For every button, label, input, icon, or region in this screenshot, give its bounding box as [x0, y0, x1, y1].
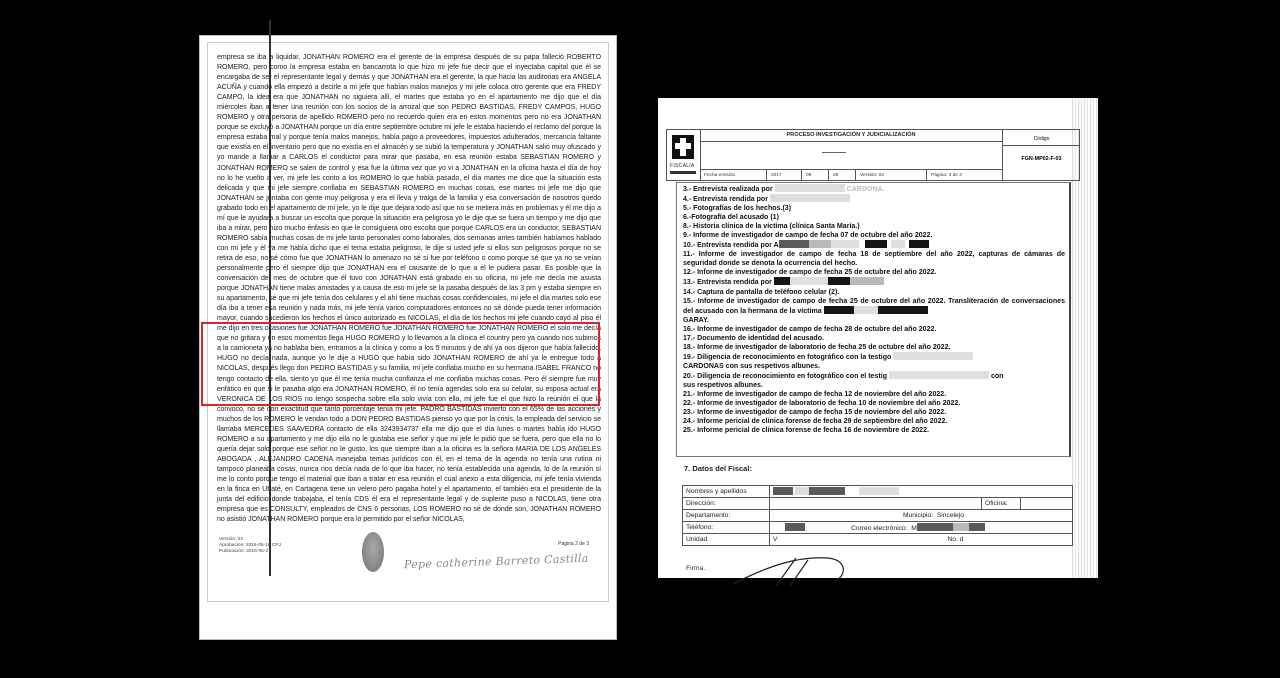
- code-value: FGN-MP02-F-03: [1003, 146, 1080, 172]
- signature-label: Firma.: [686, 565, 705, 572]
- list-item: 14.- Captura de pantalla de teléfono cel…: [683, 288, 1065, 297]
- redaction-block: [917, 523, 953, 531]
- fiscal-data-table: Nombres y apellidos Dirección: Oficina: …: [682, 485, 1073, 546]
- testimony-text: empresa se iba a liquidar, JONATHAN ROME…: [217, 53, 601, 525]
- address-label: Dirección:: [683, 498, 770, 510]
- list-item: 8.- Historia clínica de la víctima (clín…: [683, 222, 1065, 231]
- municipality-cell: Municipio: Sincelejo: [770, 510, 1073, 522]
- redaction-block: [865, 240, 887, 248]
- testimony-paragraph: empresa se iba a liquidar, JONATHAN ROME…: [217, 53, 601, 525]
- logo-bar: [670, 171, 696, 174]
- municipality-value: Sincelejo: [937, 512, 964, 519]
- fiscal-signature: [728, 546, 878, 586]
- publication-text: Publicación: 2016-05-27: [219, 549, 281, 555]
- list-item: 15.- Informe de investigador de campo de…: [683, 297, 1065, 325]
- list-item: 24.- Informe pericial de clínica forense…: [683, 417, 1065, 426]
- scan-fold-line: [269, 20, 271, 576]
- form-header: FISCALIA PROCESO INVESTIGACIÓN Y JUDICIA…: [666, 129, 1080, 181]
- redaction-block: [953, 523, 969, 531]
- redaction-block: [889, 371, 989, 379]
- issue-date-label: Fecha emisión: [700, 170, 767, 181]
- redaction-block: [891, 240, 905, 248]
- logo-label: FISCALIA: [670, 163, 695, 169]
- list-item: 4.- Entrevista rendida por: [683, 194, 1065, 204]
- page-number: Página 2 de 3: [558, 541, 589, 547]
- code-label: Código: [1003, 130, 1080, 146]
- divider: [822, 152, 846, 153]
- corner-mark: · ·: [595, 45, 601, 51]
- department-label: Departamento:: [683, 510, 770, 522]
- redaction-block: [785, 523, 805, 531]
- redaction-block: [809, 487, 845, 495]
- list-item: 3.- Entrevista realizada por CARDONA.: [683, 184, 1065, 194]
- phone-email-cell: Correo electrónico: M: [770, 522, 1073, 534]
- redaction-block: [773, 487, 793, 495]
- fiscalia-logo: FISCALIA: [667, 130, 701, 180]
- list-item: 20.- Diligencia de reconocimiento en fot…: [683, 371, 1065, 390]
- redaction-block: [850, 277, 884, 285]
- names-label: Nombres y apellidos: [683, 486, 770, 498]
- version-label: Versión: 02: [856, 170, 927, 181]
- redaction-block: [795, 487, 809, 495]
- phone-label: Teléfono:: [683, 522, 770, 534]
- evidence-list-page: FISCALIA PROCESO INVESTIGACIÓN Y JUDICIA…: [658, 98, 1098, 578]
- names-value: [770, 486, 1073, 498]
- list-item: 6.-Fotografía del acusado (1): [683, 213, 1065, 222]
- document-version-info: Versión: 02 Aprobación: 2016-05-16 CPJ P…: [219, 537, 281, 555]
- list-item: 25.- Informe pericial de clínica forense…: [683, 426, 1065, 435]
- redaction-block: [859, 487, 899, 495]
- list-item: 22.- Informe de investigador de laborato…: [683, 399, 1065, 408]
- number-label: No. d: [947, 536, 963, 543]
- redaction-block: [969, 523, 985, 531]
- list-item: 23.- Informe de investigador de campo de…: [683, 408, 1065, 417]
- email-label: Correo electrónico:: [851, 525, 908, 532]
- process-title: PROCESO INVESTIGACIÓN Y JUDICIALIZACIÓN: [700, 130, 1002, 142]
- redaction-block: [770, 194, 850, 202]
- redaction-block: [878, 306, 928, 314]
- code-cell: Código FGN-MP02-F-03: [1002, 130, 1080, 180]
- list-item: 11.- Informe de investigador de campo de…: [683, 250, 1065, 268]
- redaction-block: [779, 240, 809, 248]
- fingerprint-image: [362, 532, 384, 572]
- list-item: 17.- Documento de identidad del acusado.: [683, 334, 1065, 343]
- issue-year: 2017: [767, 170, 802, 181]
- redaction-block: [831, 240, 859, 248]
- fiscal-section-title: 7. Datos del Fiscal:: [684, 464, 752, 473]
- issue-row: Fecha emisión 2017 09 25 Versión: 02 Pág…: [700, 169, 1002, 181]
- redaction-block: [909, 240, 929, 248]
- redaction-block: [828, 277, 850, 285]
- redaction-block: [893, 352, 973, 360]
- list-item: 12.- Informe de investigador de campo de…: [683, 268, 1065, 277]
- highlight-annotation-box: [201, 322, 600, 406]
- issue-month: 09: [802, 170, 829, 181]
- list-item: 5.- Fotografías de los hechos.(3): [683, 204, 1065, 213]
- municipality-label: Municipio:: [903, 512, 933, 519]
- list-item: 13.- Entrevista rendida por: [683, 277, 1065, 287]
- redaction-block: [775, 184, 845, 192]
- redaction-block: [854, 306, 878, 314]
- unit-label: Unidad: [683, 534, 770, 546]
- list-item: 9.- Informe de investigador de campo de …: [683, 231, 1065, 240]
- list-item: 10.- Entrevista rendida por A: [683, 240, 1065, 250]
- evidence-list: 3.- Entrevista realizada por CARDONA. 4.…: [683, 184, 1065, 435]
- redaction-block: [824, 306, 854, 314]
- address-value: [770, 498, 982, 510]
- list-item: 16.- Informe de investigador de campo de…: [683, 325, 1065, 334]
- list-item: 19.- Diligencia de reconocimiento en fot…: [683, 352, 1065, 371]
- redaction-block: [774, 277, 790, 285]
- page-label: Página: 3 de 3: [927, 170, 995, 181]
- unit-cell: VNo. d: [770, 534, 1073, 546]
- redaction-block: [790, 277, 828, 285]
- puzzle-cross-icon: [672, 135, 694, 159]
- office-label: Oficina:: [982, 498, 1021, 510]
- office-value: [1021, 498, 1073, 510]
- issue-day: 25: [829, 170, 856, 181]
- redaction-block: [809, 240, 831, 248]
- unit-value: V: [773, 536, 777, 543]
- list-item: 21.- Informe de investigador de campo de…: [683, 390, 1065, 399]
- list-item: 18.- Informe de investigador de laborato…: [683, 343, 1065, 352]
